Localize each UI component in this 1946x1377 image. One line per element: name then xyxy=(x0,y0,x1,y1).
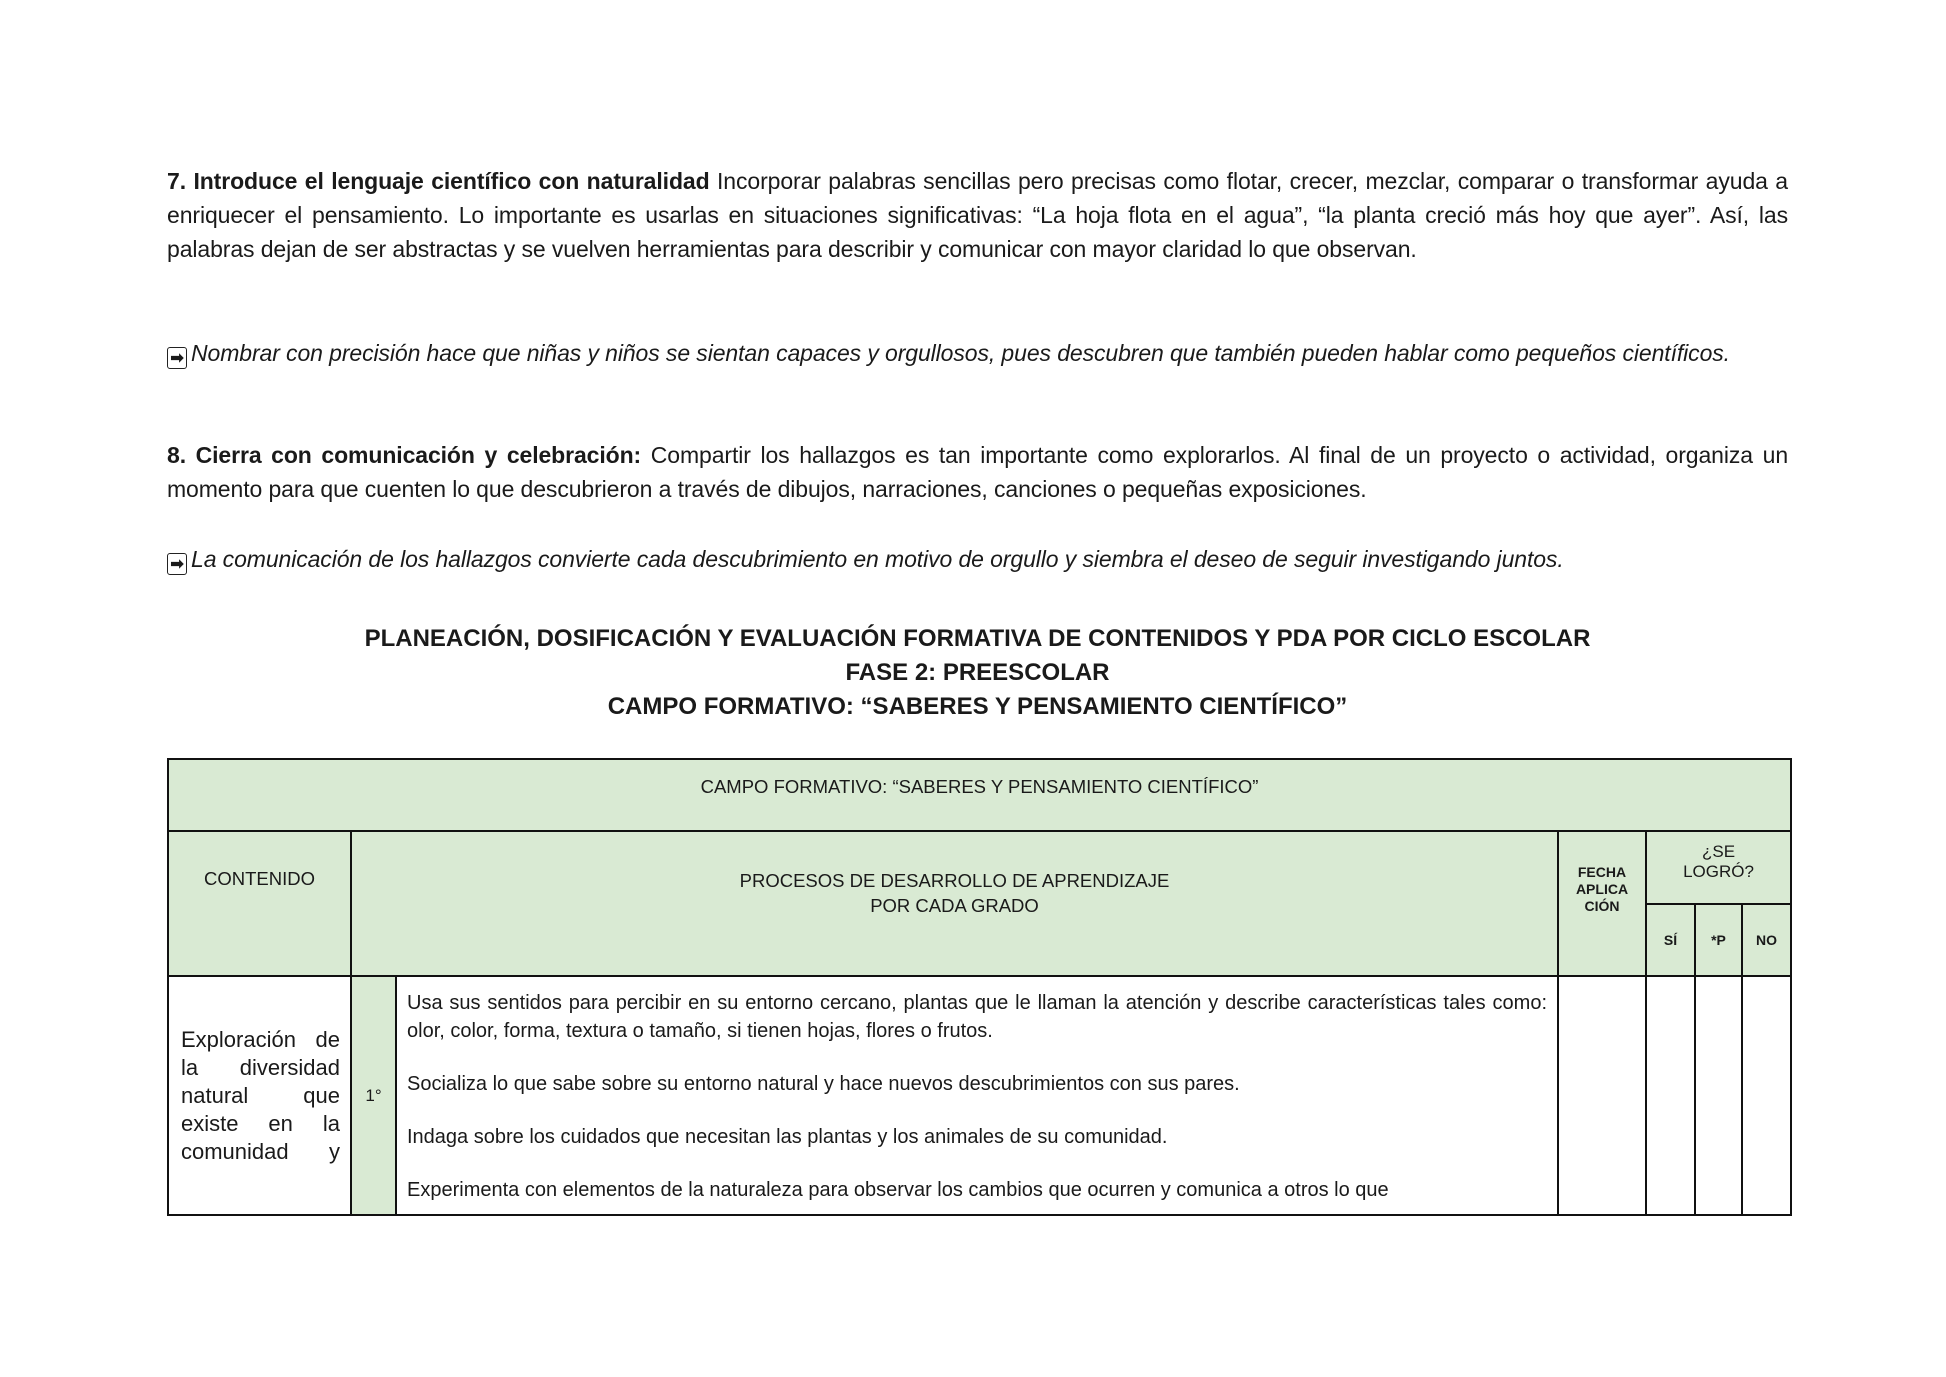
paragraph-8-title: 8. Cierra con comunicación y celebración… xyxy=(167,442,641,468)
col-header-pda: PROCESOS DE DESARROLLO DE APRENDIZAJE PO… xyxy=(351,831,1558,976)
no-cell[interactable] xyxy=(1742,976,1791,1215)
arrow-right-icon: ➡ xyxy=(167,347,187,369)
si-cell[interactable] xyxy=(1646,976,1695,1215)
title-line-2: FASE 2: PREESCOLAR xyxy=(167,656,1788,690)
paragraph-8: 8. Cierra con comunicación y celebración… xyxy=(167,438,1788,506)
fecha-cell[interactable] xyxy=(1558,976,1646,1215)
paragraph-7-title: 7. Introduce el lenguaje científico con … xyxy=(167,168,710,194)
note-7-text: Nombrar con precisión hace que niñas y n… xyxy=(191,340,1730,366)
paragraph-7: 7. Introduce el lenguaje científico con … xyxy=(167,164,1788,266)
col-header-contenido: CONTENIDO xyxy=(168,831,351,976)
note-7: ➡Nombrar con precisión hace que niñas y … xyxy=(167,336,1788,370)
pda-cell: Usa sus sentidos para percibir en su ent… xyxy=(396,976,1558,1215)
note-8: ➡La comunicación de los hallazgos convie… xyxy=(167,542,1788,576)
col-header-logro: ¿SE LOGRÓ? xyxy=(1646,831,1791,904)
note-8-text: La comunicación de los hallazgos convier… xyxy=(191,546,1564,572)
arrow-right-icon: ➡ xyxy=(167,553,187,575)
col-header-pda-line1: PROCESOS DE DESARROLLO DE APRENDIZAJE xyxy=(352,868,1557,893)
section-titles: PLANEACIÓN, DOSIFICACIÓN Y EVALUACIÓN FO… xyxy=(167,622,1788,724)
contenido-cell: Exploración de la diversidad natural que… xyxy=(168,976,351,1215)
table-row: Exploración de la diversidad natural que… xyxy=(168,976,1791,1215)
col-header-si: SÍ xyxy=(1646,904,1695,976)
grade-cell: 1° xyxy=(351,976,396,1215)
col-header-no: NO xyxy=(1742,904,1791,976)
pda-item: Experimenta con elementos de la naturale… xyxy=(407,1176,1547,1204)
col-header-pda-line2: POR CADA GRADO xyxy=(352,893,1557,918)
col-header-p: *P xyxy=(1695,904,1742,976)
pda-item: Usa sus sentidos para percibir en su ent… xyxy=(407,989,1547,1045)
title-line-3: CAMPO FORMATIVO: “SABERES Y PENSAMIENTO … xyxy=(167,690,1788,724)
col-header-fecha: FECHA APLICA CIÓN xyxy=(1558,831,1646,976)
p-cell[interactable] xyxy=(1695,976,1742,1215)
table-header-campo: CAMPO FORMATIVO: “SABERES Y PENSAMIENTO … xyxy=(168,759,1791,831)
pda-item: Indaga sobre los cuidados que necesitan … xyxy=(407,1123,1547,1151)
pda-item: Socializa lo que sabe sobre su entorno n… xyxy=(407,1070,1547,1098)
planning-table: CAMPO FORMATIVO: “SABERES Y PENSAMIENTO … xyxy=(167,758,1792,1216)
title-line-1: PLANEACIÓN, DOSIFICACIÓN Y EVALUACIÓN FO… xyxy=(167,622,1788,656)
